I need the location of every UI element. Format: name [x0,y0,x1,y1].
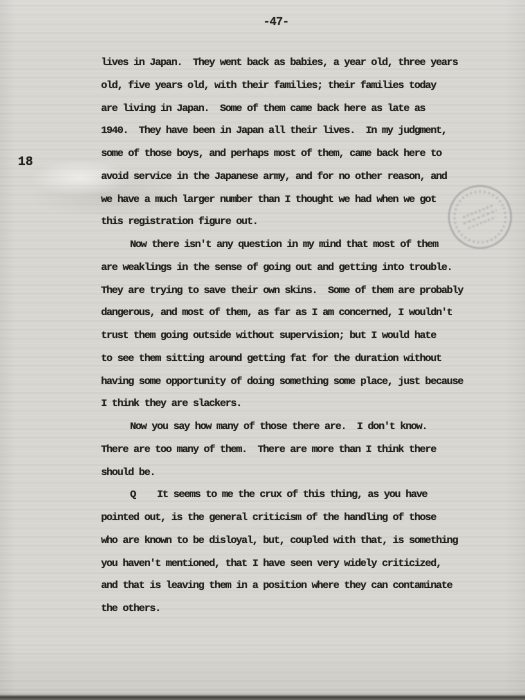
text-line: having some opportunity of doing somethi… [101,371,473,394]
document-text: lives in Japan. They went back as babies… [101,52,473,621]
text-line: They are trying to save their own skins.… [101,280,473,303]
text-line: are living in Japan. Some of them came b… [101,98,473,121]
margin-note: 18 [18,155,33,169]
text-line: you haven't mentioned, that I have seen … [101,553,473,576]
text-line: dangerous, and most of them, as far as I… [101,302,473,325]
text-line: to see them sitting around getting fat f… [101,348,473,371]
text-line: old, five years old, with their families… [101,75,473,98]
text-line: lives in Japan. They went back as babies… [101,52,473,75]
text-line: should be. [101,462,473,485]
text-line: and that is leaving them in a position w… [101,575,473,598]
text-line: Q It seems to me the crux of this thing,… [101,484,473,507]
text-line: Now there isn't any question in my mind … [101,234,473,257]
text-line: Now you say how many of those there are.… [101,416,473,439]
text-line: this registration figure out. [101,211,473,234]
text-line: some of those boys, and perhaps most of … [101,143,473,166]
text-line: There are too many of them. There are mo… [101,439,473,462]
text-line: avoid service in the Japanese army, and … [101,166,473,189]
text-line: are weaklings in the sense of going out … [101,257,473,280]
text-line: trust them going outside without supervi… [101,325,473,348]
scan-edge [0,692,525,700]
text-line: we have a much larger number than I thou… [101,189,473,212]
text-line: pointed out, is the general criticism of… [101,507,473,530]
text-line: the others. [101,598,473,621]
text-line: who are known to be disloyal, but, coupl… [101,530,473,553]
page-number: -47- [26,16,525,29]
text-line: 1940. They have been in Japan all their … [101,120,473,143]
text-line: I think they are slackers. [101,393,473,416]
document-page: -47- 18 lives in Japan. They went back a… [0,0,525,700]
